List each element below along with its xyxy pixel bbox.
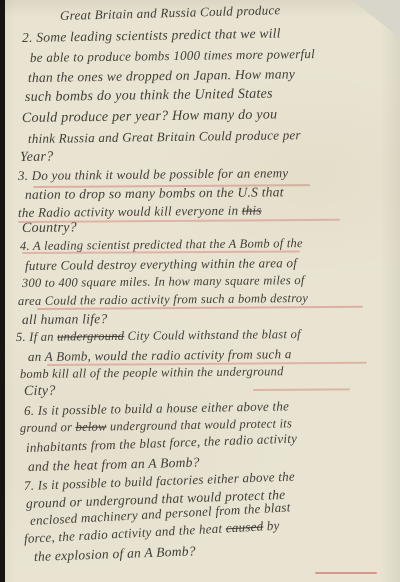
text-segment: bomb kill all of the people within the u… (20, 364, 284, 381)
text-segment: the Radio activity would kill everyone i… (18, 203, 242, 220)
text-segment: 3. Do you think it would be possible for… (18, 165, 289, 183)
handwritten-line-14: future Could destroy everything within t… (25, 255, 297, 274)
text-segment: ground or (20, 420, 76, 435)
text-segment: City Could withstand the blast of (124, 327, 301, 343)
handwritten-line-30: the explosion of an A Bomb? (34, 543, 196, 565)
handwritten-line-2: 2. Some leading scientists predict that … (22, 25, 281, 46)
handwritten-line-6: Could produce per year? How many do you (22, 107, 278, 127)
struck-word: this (242, 202, 262, 217)
handwritten-line-9: 3. Do you think it would be possible for… (18, 165, 289, 184)
text-segment: 2. Some leading scientists predict that … (22, 25, 281, 45)
handwritten-line-1: Great Britain and Russia Could produce (60, 2, 281, 24)
text-segment: Year? (20, 150, 54, 165)
text-segment: 6. Is it possible to build a house eithe… (24, 398, 289, 418)
text-segment: an A Bomb, would the radio activity from… (28, 346, 292, 364)
red-underline (315, 572, 377, 574)
paper-sheet: Great Britain and Russia Could produce2.… (0, 0, 400, 582)
text-segment: think Russia and Great Britain Could pro… (28, 127, 301, 146)
handwritten-line-8: Year? (20, 150, 54, 166)
text-segment: than the ones we dropped on Japan. How m… (28, 66, 295, 85)
text-segment: Great Britain and Russia Could produce (60, 2, 281, 23)
handwritten-line-7: think Russia and Great Britain Could pro… (28, 127, 301, 147)
text-segment: future Could destroy everything within t… (25, 255, 297, 273)
handwriting-layer: Great Britain and Russia Could produce2.… (0, 0, 400, 582)
handwritten-line-11: the Radio activity would kill everyone i… (18, 202, 262, 221)
text-segment: Could produce per year? How many do you (22, 107, 278, 126)
struck-word: caused (225, 518, 263, 535)
text-segment: all human life? (22, 311, 108, 327)
handwritten-line-4: than the ones we dropped on Japan. How m… (28, 66, 295, 86)
handwritten-line-22: 6. Is it possible to build a house eithe… (24, 398, 289, 419)
handwritten-line-21: City? (24, 384, 56, 400)
text-segment: by (263, 518, 280, 534)
handwritten-line-5: such bombs do you think the United State… (25, 87, 273, 106)
struck-word: underground (57, 329, 124, 344)
text-segment: and the heat from an A Bomb? (28, 455, 200, 474)
handwritten-line-15: 300 to 400 square miles. In how many squ… (22, 273, 305, 291)
text-segment: the explosion of an A Bomb? (34, 543, 196, 564)
handwritten-line-3: be able to produce bombs 1000 times more… (30, 46, 315, 66)
text-segment: City? (24, 384, 56, 399)
handwritten-line-20: bomb kill all of the people within the u… (20, 364, 284, 382)
text-segment: 300 to 400 square miles. In how many squ… (22, 273, 305, 290)
handwritten-line-17: all human life? (22, 311, 108, 328)
text-segment: be able to produce bombs 1000 times more… (30, 46, 315, 65)
struck-word: below (75, 419, 106, 434)
text-segment: such bombs do you think the United State… (25, 87, 273, 105)
red-underline (253, 388, 350, 391)
text-segment: 5. If an (16, 330, 57, 344)
handwritten-line-18: 5. If an underground City Could withstan… (16, 327, 301, 345)
red-underline (22, 251, 300, 254)
